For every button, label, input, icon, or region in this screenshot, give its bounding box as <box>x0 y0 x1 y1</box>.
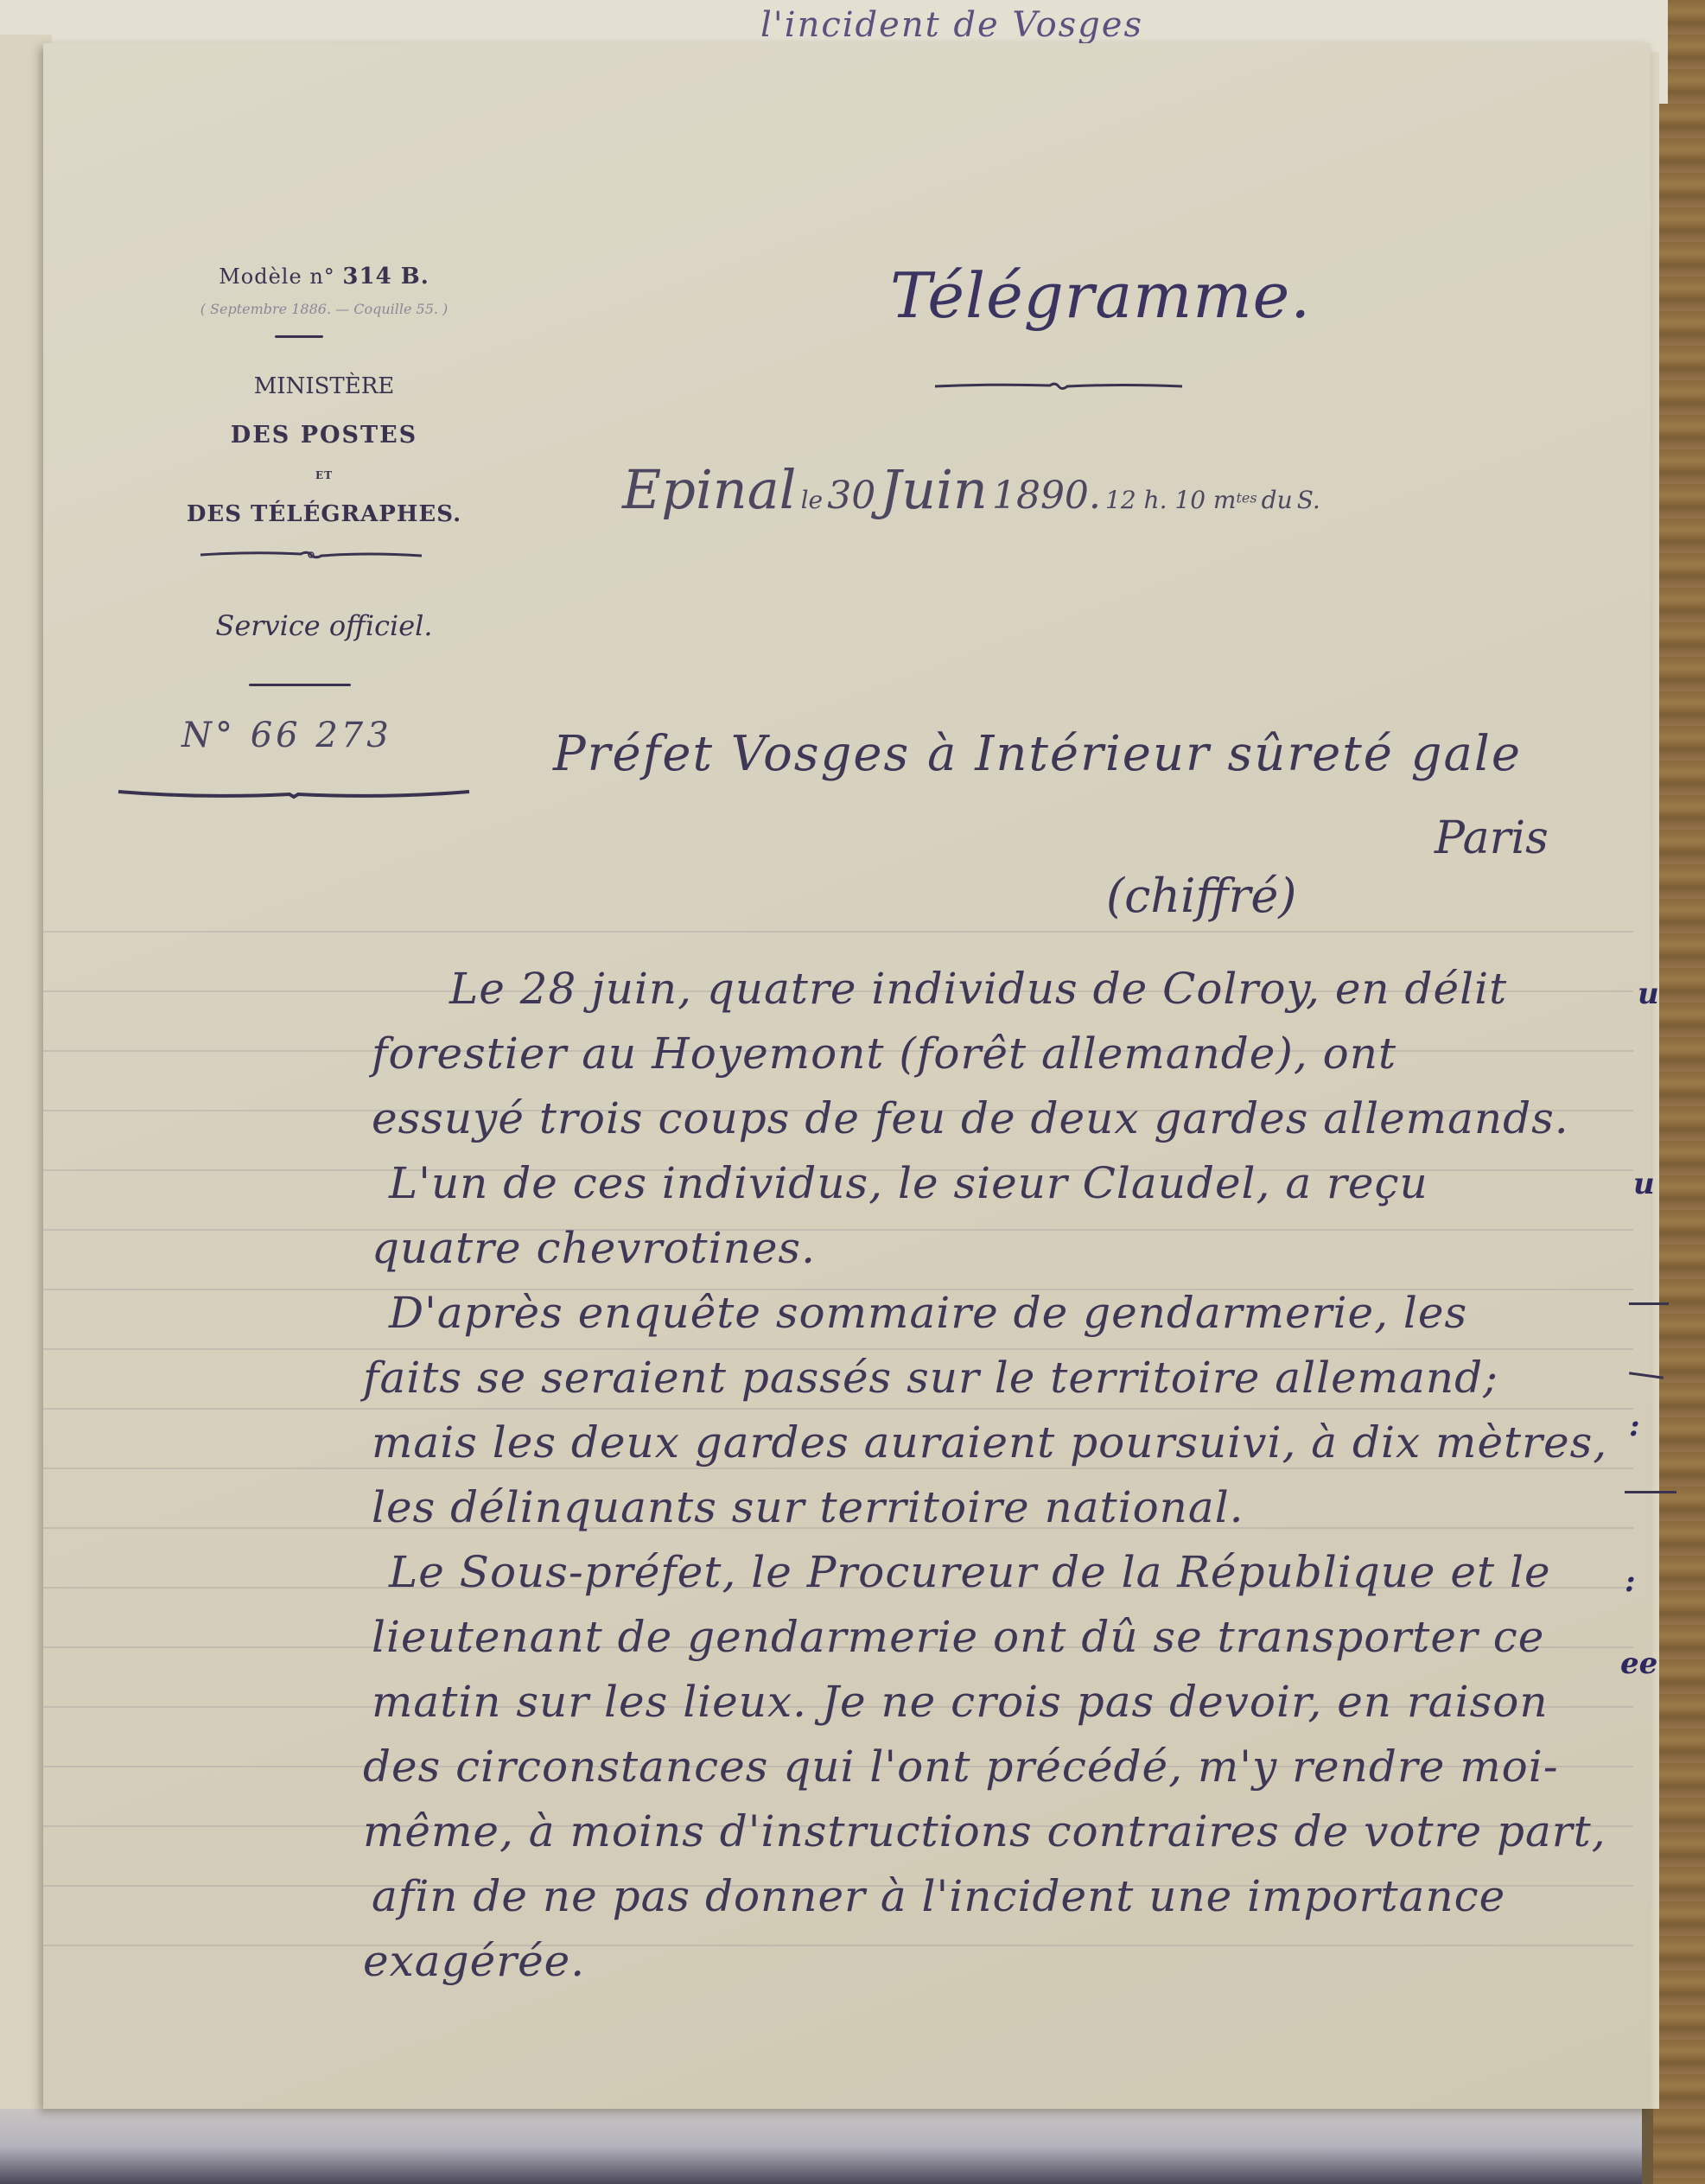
ornamental-rule-icon <box>117 786 471 802</box>
dateline-year: 1890. <box>992 474 1101 518</box>
body-line: essuyé trois coups de feu de deux gardes… <box>372 1093 1569 1143</box>
margin-mark: : <box>1625 1564 1636 1599</box>
telegram-sheet: Modèle n° 314 B. ( Septembre 1886. — Coq… <box>43 43 1651 2109</box>
margin-mark: u <box>1633 1167 1655 1201</box>
body-line: des circonstances qui l'ont précédé, m'y… <box>363 1741 1559 1792</box>
header-divider <box>275 335 323 338</box>
dateline-le: le <box>801 486 824 514</box>
body-line: faits se seraient passés sur le territoi… <box>363 1353 1498 1403</box>
dateline-month: Juin <box>880 458 988 521</box>
margin-dash <box>1625 1491 1676 1493</box>
ornamental-rule-icon <box>199 549 423 561</box>
body-line: mais les deux gardes auraient poursuivi,… <box>372 1417 1607 1468</box>
service-divider <box>249 684 351 686</box>
form-model-number: Modèle n° 314 B. <box>138 264 510 290</box>
margin-dash <box>1629 1302 1669 1305</box>
body-line: D'après enquête sommaire de gendarmerie,… <box>389 1288 1467 1338</box>
ministry-title: MINISTÈRE <box>138 373 510 399</box>
underlying-sheets-bottom <box>0 2109 1642 2184</box>
title-ornamental-rule-icon <box>933 380 1184 392</box>
dateline-time: 12 h. 10 m <box>1105 486 1236 514</box>
body-line: les délinquants sur territoire national. <box>372 1482 1244 1532</box>
ministry-postes: DES POSTES <box>138 422 510 449</box>
margin-mark: : <box>1629 1409 1640 1443</box>
dateline-place: Epinal <box>622 458 797 521</box>
dateline-du: du <box>1262 486 1293 514</box>
body-line: exagérée. <box>363 1936 585 1986</box>
body-line: lieutenant de gendarmerie ont dû se tran… <box>372 1612 1544 1662</box>
address-line: Préfet Vosges à Intérieur sûreté gale <box>553 726 1522 782</box>
body-line: forestier au Hoyemont (forêt allemande),… <box>372 1028 1396 1079</box>
underlying-handwritten-note: l'incident de Vosges <box>760 5 1143 45</box>
body-line: L'un de ces individus, le sieur Claudel,… <box>389 1158 1428 1208</box>
dateline-minutes-suffix: tes <box>1236 490 1256 506</box>
body-line: Le 28 juin, quatre individus de Colroy, … <box>449 964 1507 1014</box>
body-line: matin sur les lieux. Je ne crois pas dev… <box>372 1677 1549 1727</box>
margin-mark: u <box>1638 977 1659 1011</box>
dateline-day: 30 <box>827 474 875 518</box>
service-officiel: Service officiel. <box>138 609 510 642</box>
form-edition: ( Septembre 1886. — Coquille 55. ) <box>138 301 510 317</box>
body-line: afin de ne pas donner à l'incident une i… <box>372 1871 1505 1921</box>
ministry-et: ET <box>138 469 510 481</box>
body-line: Le Sous-préfet, le Procureur de la Répub… <box>389 1547 1551 1597</box>
address-city: Paris <box>1435 812 1549 864</box>
body-line: même, à moins d'instructions contraires … <box>363 1806 1606 1856</box>
document-title: Télégramme. <box>890 259 1311 332</box>
margin-mark: ee <box>1620 1646 1657 1681</box>
wooden-desk <box>1653 0 1705 2184</box>
dateline-period: S. <box>1297 486 1320 514</box>
cipher-mode: (chiffré) <box>1106 869 1296 923</box>
model-label: Modèle n° <box>219 264 335 289</box>
serial-number: N° 66 273 <box>181 716 392 755</box>
dateline: Epinal le 30 Juin 1890. 12 h. 10 mtes du… <box>622 458 1320 521</box>
model-number: 314 B. <box>342 264 429 290</box>
body-line: quatre chevrotines. <box>372 1223 816 1273</box>
ministry-telegraphes: DES TÉLÉGRAPHES. <box>138 501 510 527</box>
